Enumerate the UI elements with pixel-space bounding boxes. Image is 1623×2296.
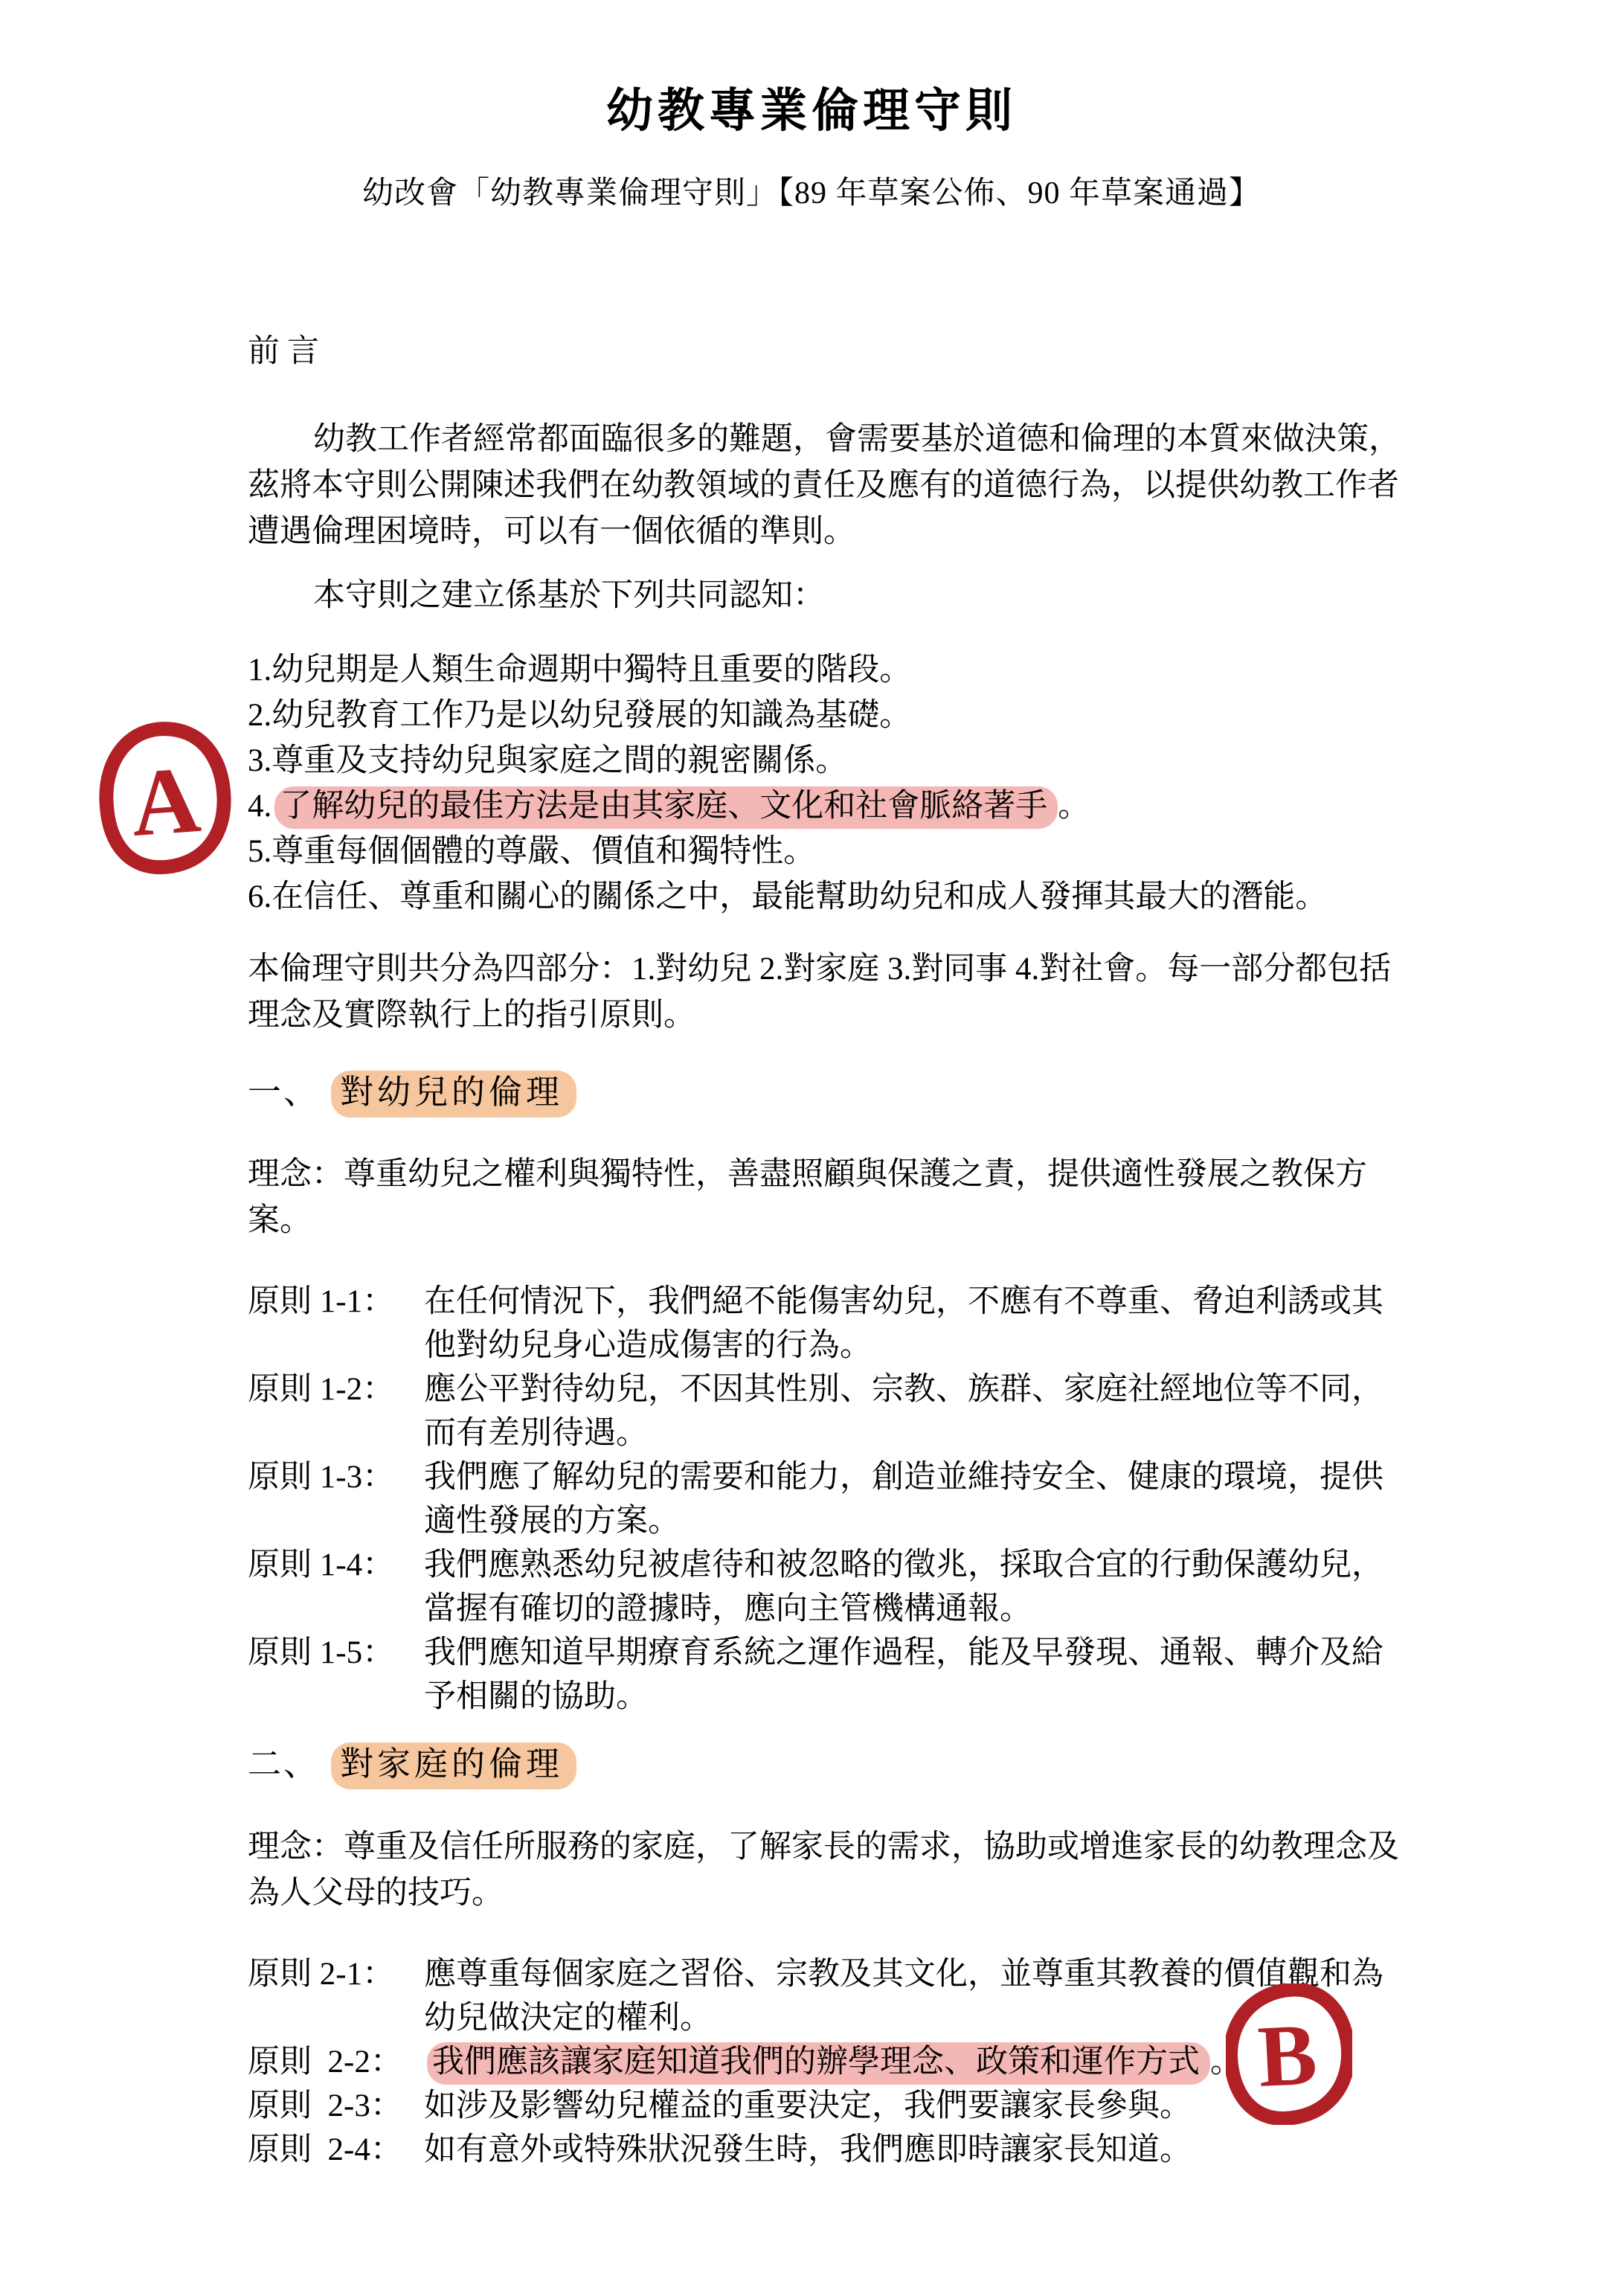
principle-text: 如有意外或特殊狀況發生時，我們應即時讓家長知道。 xyxy=(424,2132,1192,2167)
pink-highlight: 了解幼兒的最佳方法是由其家庭、文化和社會脈絡著手 xyxy=(274,786,1058,829)
principle-label: 原則 1-2： xyxy=(248,1367,394,1411)
grade-a-letter: A xyxy=(128,746,204,856)
section-1-idea: 理念：尊重幼兒之權利與獨特性，善盡照顧與保護之責，提供適性發展之教保方案。 xyxy=(248,1152,1410,1244)
principle-text: 如涉及影響幼兒權益的重要決定，我們要讓家長參與。 xyxy=(424,2088,1192,2123)
principle-1-3: 原則 1-3：我們應了解幼兒的需要和能力，創造並維持安全、健康的環境，提供適性發… xyxy=(248,1455,1413,1543)
preface-heading: 前言 xyxy=(248,329,1410,375)
beliefs-intro: 本守則之建立係基於下列共同認知： xyxy=(248,573,1410,619)
section-2-number: 二、 xyxy=(248,1745,319,1783)
principle-text: 我們應熟悉幼兒被虐待和被忽略的徵兆，採取合宜的行動保護幼兒，當握有確切的證據時，… xyxy=(424,1548,1383,1626)
principle-label: 原則 1-3： xyxy=(248,1455,394,1499)
principle-label: 原則 2-3： xyxy=(248,2084,402,2128)
principle-1-5: 原則 1-5：我們應知道早期療育系統之運作過程，能及早發現、通報、轉介及給予相關… xyxy=(248,1631,1413,1719)
principle-text: 我們應知道早期療育系統之運作過程，能及早發現、通報、轉介及給予相關的協助。 xyxy=(424,1635,1383,1714)
belief-number: 3. xyxy=(248,743,271,778)
preface-paragraph: 幼教工作者經常都面臨很多的難題，會需要基於道德和倫理的本質來做決策，茲將本守則公… xyxy=(248,417,1410,555)
belief-item-5: 5.尊重每個個體的尊嚴、價值和獨特性。 xyxy=(248,829,1410,874)
orange-highlight: 對家庭的倫理 xyxy=(331,1742,576,1789)
principle-label: 原則 1-1： xyxy=(248,1280,394,1324)
belief-item-1: 1.幼兒期是人類生命週期中獨特且重要的階段。 xyxy=(248,647,1410,693)
grade-a-annotation: A xyxy=(95,716,237,879)
belief-text: 幼兒期是人類生命週期中獨特且重要的階段。 xyxy=(271,652,911,687)
principle-1-4: 原則 1-4：我們應熟悉幼兒被虐待和被忽略的徵兆，採取合宜的行動保護幼兒，當握有… xyxy=(248,1543,1413,1631)
beliefs-list: 1.幼兒期是人類生命週期中獨特且重要的階段。 2.幼兒教育工作乃是以幼兒發展的知… xyxy=(248,647,1410,920)
principle-1-1: 原則 1-1：在任何情況下，我們絕不能傷害幼兒，不應有不尊重、脅迫利誘或其他對幼… xyxy=(248,1280,1413,1367)
belief-number: 1. xyxy=(248,652,271,687)
document-page: 幼教專業倫理守則 幼改會「幼教專業倫理守則」【89 年草案公佈、90 年草案通過… xyxy=(0,0,1623,2296)
structure-paragraph: 本倫理守則共分為四部分：1.對幼兒 2.對家庭 3.對同事 4.對社會。每一部分… xyxy=(248,946,1410,1039)
belief-number: 2. xyxy=(248,698,271,733)
belief-number: 6. xyxy=(248,879,271,914)
document-subtitle: 幼改會「幼教專業倫理守則」【89 年草案公佈、90 年草案通過】 xyxy=(0,168,1623,213)
principle-label: 原則 2-1： xyxy=(248,1952,394,1996)
principle-text: 應公平對待幼兒，不因其性別、宗教、族群、家庭社經地位等不同，而有差別待遇。 xyxy=(424,1372,1383,1451)
principle-label: 原則 2-4： xyxy=(248,2128,402,2172)
principle-2-4: 原則 2-4：如有意外或特殊狀況發生時，我們應即時讓家長知道。 xyxy=(248,2128,1413,2172)
belief-number: 5. xyxy=(248,834,271,869)
orange-highlight: 對幼兒的倫理 xyxy=(331,1071,576,1117)
principle-label: 原則 1-4： xyxy=(248,1543,394,1587)
grade-b-annotation: B xyxy=(1226,1984,1352,2125)
grade-b-letter: B xyxy=(1256,2005,1319,2106)
section-2-heading: 二、對家庭的倫理 xyxy=(248,1741,1410,1787)
belief-text: 尊重每個個體的尊嚴、價值和獨特性。 xyxy=(271,834,815,869)
belief-number: 4. xyxy=(248,789,271,824)
belief-item-6: 6.在信任、尊重和關心的關係之中，最能幫助幼兒和成人發揮其最大的潛能。 xyxy=(248,874,1410,920)
belief-text: 幼兒教育工作乃是以幼兒發展的知識為基礎。 xyxy=(271,698,911,733)
belief-item-4: 4.了解幼兒的最佳方法是由其家庭、文化和社會脈絡著手。 xyxy=(248,783,1410,829)
pink-highlight: 我們應該讓家庭知道我們的辦學理念、政策和運作方式 xyxy=(427,2042,1210,2085)
section-1-number: 一、 xyxy=(248,1074,319,1111)
principle-text: 我們應了解幼兒的需要和能力，創造並維持安全、健康的環境，提供適性發展的方案。 xyxy=(424,1460,1383,1539)
belief-item-3: 3.尊重及支持幼兒與家庭之間的親密關係。 xyxy=(248,738,1410,783)
principle-label: 原則 1-5： xyxy=(248,1631,394,1675)
belief-item-2: 2.幼兒教育工作乃是以幼兒發展的知識為基礎。 xyxy=(248,693,1410,738)
section-2-idea: 理念：尊重及信任所服務的家庭，了解家長的需求，協助或增進家長的幼教理念及為人父母… xyxy=(248,1824,1410,1917)
document-title: 幼教專業倫理守則 xyxy=(0,73,1623,141)
belief-text: 尊重及支持幼兒與家庭之間的親密關係。 xyxy=(271,743,847,778)
principle-text: 在任何情況下，我們絕不能傷害幼兒，不應有不尊重、脅迫利誘或其他對幼兒身心造成傷害… xyxy=(424,1284,1383,1363)
principle-label: 原則 2-2： xyxy=(248,2040,402,2084)
belief-text: 在信任、尊重和關心的關係之中，最能幫助幼兒和成人發揮其最大的潛能。 xyxy=(271,879,1327,914)
belief-text-suffix: 。 xyxy=(1058,789,1090,824)
section-1-heading: 一、對幼兒的倫理 xyxy=(248,1069,1410,1115)
principle-1-2: 原則 1-2：應公平對待幼兒，不因其性別、宗教、族群、家庭社經地位等不同，而有差… xyxy=(248,1367,1413,1455)
